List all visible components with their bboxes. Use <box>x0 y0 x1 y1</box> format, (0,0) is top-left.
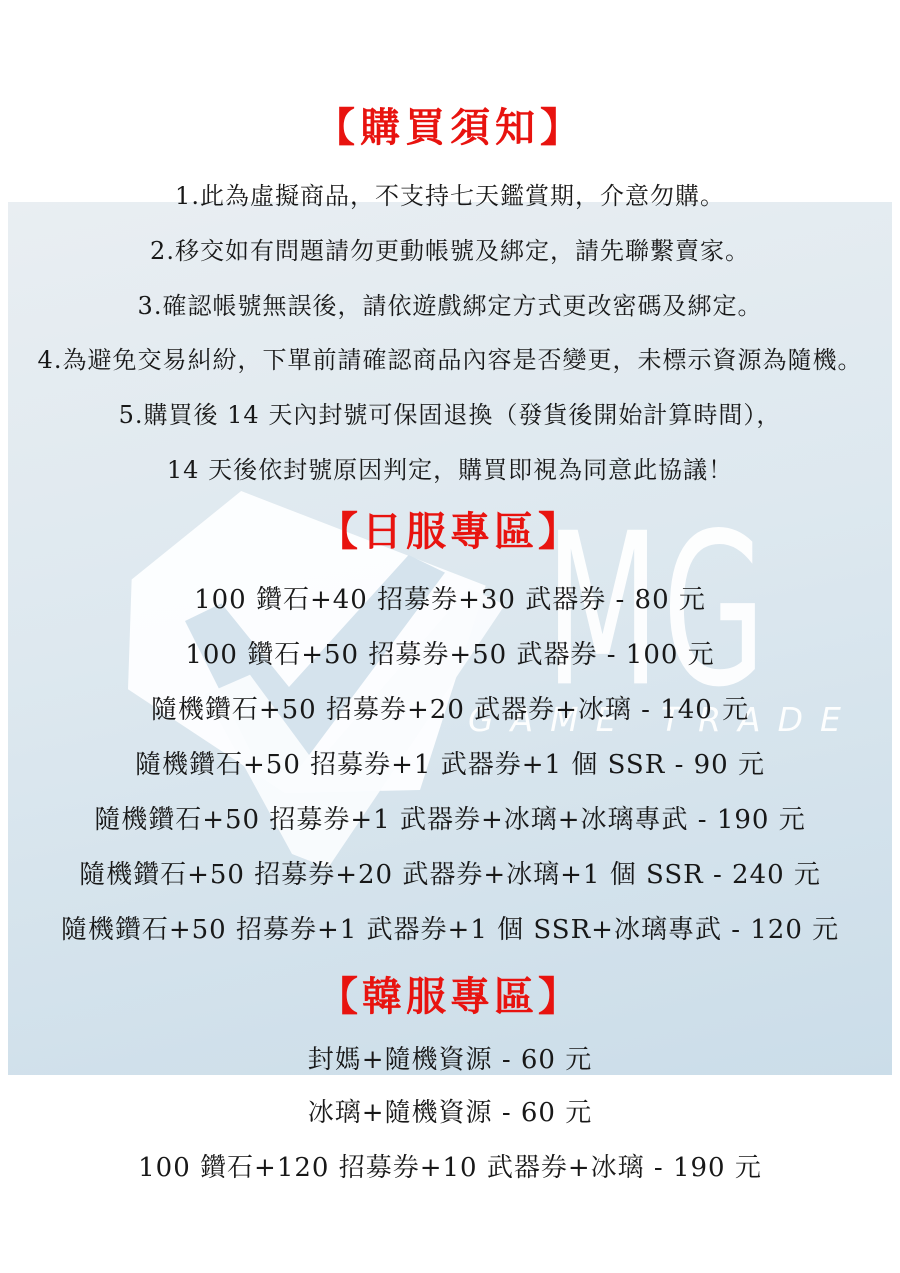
jp-item-6: 隨機鑽石+50 招募券+20 武器券+冰璃+1 個 SSR - 240 元 <box>0 855 900 895</box>
notice-line-3: 3.確認帳號無誤後，請依遊戲綁定方式更改密碼及綁定。 <box>0 286 900 326</box>
section-heading-jp-server: 【日服專區】 <box>0 500 900 557</box>
jp-item-5: 隨機鑽石+50 招募券+1 武器券+冰璃+冰璃專武 - 190 元 <box>0 800 900 840</box>
jp-item-2: 100 鑽石+50 招募券+50 武器券 - 100 元 <box>0 635 900 675</box>
kr-item-2: 冰璃+隨機資源 - 60 元 <box>0 1093 900 1133</box>
kr-item-1: 封媽+隨機資源 - 60 元 <box>0 1040 900 1080</box>
notice-line-4: 4.為避免交易糾紛，下單前請確認商品內容是否變更，未標示資源為隨機。 <box>0 340 900 380</box>
jp-item-4: 隨機鑽石+50 招募券+1 武器券+1 個 SSR - 90 元 <box>0 745 900 785</box>
section-heading-kr-server: 【韓服專區】 <box>0 965 900 1022</box>
page-title: 【購買須知】 <box>0 96 900 153</box>
notice-line-1: 1.此為虛擬商品，不支持七天鑑賞期，介意勿購。 <box>0 176 900 216</box>
notice-line-5: 5.購買後 14 天內封號可保固退換（發貨後開始計算時間）， <box>0 395 900 435</box>
jp-item-7: 隨機鑽石+50 招募券+1 武器券+1 個 SSR+冰璃專武 - 120 元 <box>0 910 900 950</box>
notice-line-5-continued: 14 天後依封號原因判定，購買即視為同意此協議！ <box>0 450 900 490</box>
kr-item-3: 100 鑽石+120 招募券+10 武器券+冰璃 - 190 元 <box>0 1148 900 1188</box>
jp-item-3: 隨機鑽石+50 招募券+20 武器券+冰璃 - 140 元 <box>0 690 900 730</box>
notice-line-2: 2.移交如有問題請勿更動帳號及綁定，請先聯繫賣家。 <box>0 231 900 271</box>
listing-notice-page: MG GAME TRADE 【購買須知】 1.此為虛擬商品，不支持七天鑑賞期，介… <box>0 0 900 1273</box>
jp-item-1: 100 鑽石+40 招募券+30 武器券 - 80 元 <box>0 580 900 620</box>
